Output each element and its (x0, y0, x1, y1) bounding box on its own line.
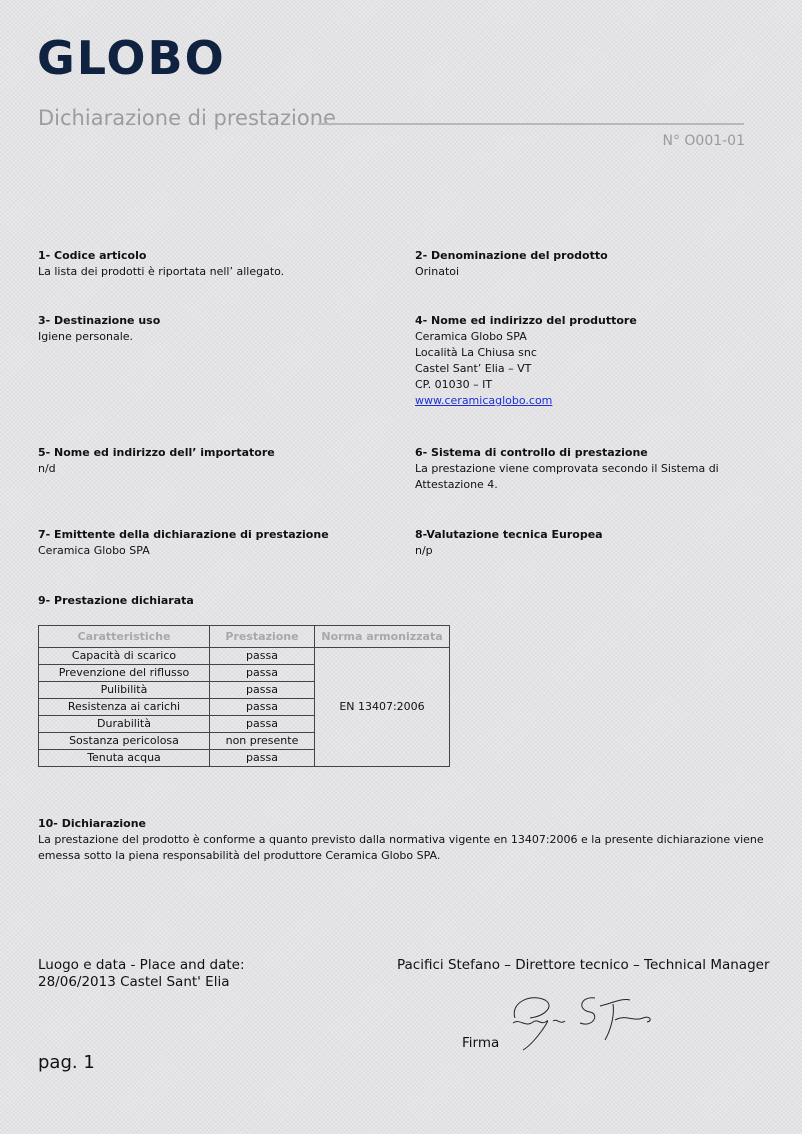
performance-cell: passa (210, 648, 315, 665)
section-text: La prestazione viene comprovata secondo … (415, 461, 719, 477)
section-heading: 5- Nome ed indirizzo dell’ importatore (38, 445, 275, 461)
section-heading: 6- Sistema di controllo di prestazione (415, 445, 719, 461)
document-number: N° O001-01 (662, 133, 745, 149)
section-9: 9- Prestazione dichiarata (38, 593, 194, 609)
place-date-label: Luogo e data - Place and date: (38, 957, 245, 974)
section-7: 7- Emittente della dichiarazione di pres… (38, 527, 329, 559)
section-2: 2- Denominazione del prodotto Orinatoi (415, 248, 608, 280)
section-text: Ceramica Globo SPA (415, 329, 637, 345)
table-row: Capacità di scaricopassaEN 13407:2006 (39, 648, 450, 665)
section-3: 3- Destinazione uso Igiene personale. (38, 313, 160, 345)
col-header: Caratteristiche (39, 626, 210, 648)
signer-name: Pacifici Stefano – Direttore tecnico – T… (397, 957, 770, 974)
performance-cell: passa (210, 750, 315, 767)
section-text: Castel Sant’ Elia – VT (415, 361, 637, 377)
place-date: Luogo e data - Place and date: 28/06/201… (38, 957, 245, 991)
section-text: CP. 01030 – IT (415, 377, 637, 393)
website-link[interactable]: www.ceramicaglobo.com (415, 394, 552, 407)
performance-table: Caratteristiche Prestazione Norma armoni… (38, 625, 450, 767)
performance-cell: passa (210, 665, 315, 682)
characteristic-cell: Resistenza ai carichi (39, 699, 210, 716)
section-heading: 10- Dichiarazione (38, 816, 764, 832)
performance-cell: passa (210, 716, 315, 733)
section-text: La lista dei prodotti è riportata nell’ … (38, 264, 284, 280)
signature-icon (505, 988, 655, 1053)
characteristic-cell: Tenuta acqua (39, 750, 210, 767)
section-8: 8-Valutazione tecnica Europea n/p (415, 527, 603, 559)
section-heading: 9- Prestazione dichiarata (38, 593, 194, 609)
section-text: La prestazione del prodotto è conforme a… (38, 832, 764, 848)
section-heading: 7- Emittente della dichiarazione di pres… (38, 527, 329, 543)
signature-label: Firma (462, 1035, 499, 1052)
section-text: n/p (415, 543, 603, 559)
section-text: Attestazione 4. (415, 477, 719, 493)
section-text: Località La Chiusa snc (415, 345, 637, 361)
section-heading: 3- Destinazione uso (38, 313, 160, 329)
section-heading: 4- Nome ed indirizzo del produttore (415, 313, 637, 329)
performance-cell: non presente (210, 733, 315, 750)
section-10: 10- Dichiarazione La prestazione del pro… (38, 816, 764, 864)
performance-cell: passa (210, 682, 315, 699)
globo-logo: GLOBO (37, 30, 226, 86)
section-text: Ceramica Globo SPA (38, 543, 329, 559)
section-5: 5- Nome ed indirizzo dell’ importatore n… (38, 445, 275, 477)
section-heading: 8-Valutazione tecnica Europea (415, 527, 603, 543)
section-text: emessa sotto la piena responsabilità del… (38, 848, 764, 864)
section-text: Igiene personale. (38, 329, 160, 345)
title-divider (318, 123, 744, 125)
section-4: 4- Nome ed indirizzo del produttore Cera… (415, 313, 637, 409)
col-header: Norma armonizzata (315, 626, 450, 648)
place-date-value: 28/06/2013 Castel Sant' Elia (38, 974, 245, 991)
characteristic-cell: Durabilità (39, 716, 210, 733)
page-number: pag. 1 (38, 1052, 95, 1073)
section-text: Orinatoi (415, 264, 608, 280)
section-text: n/d (38, 461, 275, 477)
norm-cell: EN 13407:2006 (315, 648, 450, 767)
section-1: 1- Codice articolo La lista dei prodotti… (38, 248, 284, 280)
section-heading: 2- Denominazione del prodotto (415, 248, 608, 264)
section-6: 6- Sistema di controllo di prestazione L… (415, 445, 719, 493)
characteristic-cell: Sostanza pericolosa (39, 733, 210, 750)
characteristic-cell: Prevenzione del riflusso (39, 665, 210, 682)
characteristic-cell: Capacità di scarico (39, 648, 210, 665)
performance-cell: passa (210, 699, 315, 716)
section-heading: 1- Codice articolo (38, 248, 284, 264)
characteristic-cell: Pulibilità (39, 682, 210, 699)
col-header: Prestazione (210, 626, 315, 648)
document-title: Dichiarazione di prestazione (38, 104, 336, 132)
